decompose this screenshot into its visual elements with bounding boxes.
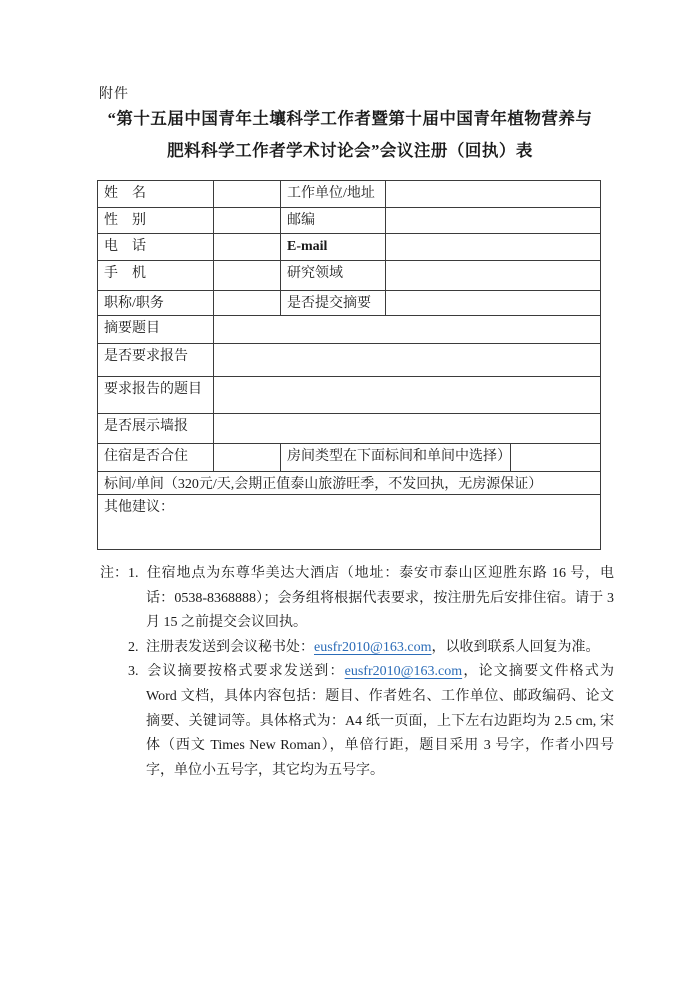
table-row: 标间/单间（320元/天,会期正值泰山旅游旺季，不发回执，无房源保证） xyxy=(98,472,601,495)
note-3-text-after: ，论文摘要文件格式为 Word 文档，具体内容包括：题目、作者姓名、工作单位、邮… xyxy=(146,664,614,777)
note-2-text-after: ，以收到联系人回复为准。 xyxy=(431,640,599,655)
research-field-value-cell[interactable] xyxy=(386,261,601,291)
work-unit-value-cell[interactable] xyxy=(386,181,601,208)
note-1-number: 1. xyxy=(128,562,146,587)
room-type-value-cell[interactable] xyxy=(511,444,601,472)
title-line-2: 肥料科学工作者学术讨论会”会议注册（回执）表 xyxy=(0,135,700,167)
title-position-value-cell[interactable] xyxy=(214,291,281,316)
document-page: 附件 “第十五届中国青年土壤科学工作者暨第十届中国青年植物营养与 肥料科学工作者… xyxy=(0,0,700,989)
abstract-title-value-cell[interactable] xyxy=(214,316,601,344)
note-item-1: 1.住宿地点为东尊华美达大酒店（地址：泰安市泰山区迎胜东路 16 号，电话：05… xyxy=(128,562,614,636)
request-presentation-label: 是否要求报告 xyxy=(98,344,214,377)
table-row: 其他建议： xyxy=(98,495,601,550)
title-line-1: “第十五届中国青年土壤科学工作者暨第十届中国青年植物营养与 xyxy=(0,103,700,135)
table-row: 是否展示墙报 xyxy=(98,414,601,444)
table-row: 性 别 邮编 xyxy=(98,208,601,234)
note-item-2: 2.注册表发送到会议秘书处：eusfr2010@163.com，以收到联系人回复… xyxy=(128,636,614,661)
postal-code-value-cell[interactable] xyxy=(386,208,601,234)
phone-value-cell[interactable] xyxy=(214,234,281,261)
gender-label: 性 别 xyxy=(98,208,214,234)
note-item-3: 3.会议摘要按格式要求发送到：eusfr2010@163.com，论文摘要文件格… xyxy=(128,660,614,783)
name-value-cell[interactable] xyxy=(214,181,281,208)
notes-section: 注： 1.住宿地点为东尊华美达大酒店（地址：泰安市泰山区迎胜东路 16 号，电话… xyxy=(100,562,614,783)
email-label: E-mail xyxy=(281,234,386,261)
research-field-label: 研究领域 xyxy=(281,261,386,291)
registration-form-table: 姓 名 工作单位/地址 性 别 邮编 电 话 E-mail 手 机 研究领域 xyxy=(97,180,601,550)
shared-lodging-label: 住宿是否合住 xyxy=(98,444,214,472)
attachment-label: 附件 xyxy=(99,83,129,103)
postal-code-label: 邮编 xyxy=(281,208,386,234)
table-row: 职称/职务 是否提交摘要 xyxy=(98,291,601,316)
abstract-submitted-value-cell[interactable] xyxy=(386,291,601,316)
mobile-value-cell[interactable] xyxy=(214,261,281,291)
note-2-number: 2. xyxy=(128,636,146,661)
document-title: “第十五届中国青年土壤科学工作者暨第十届中国青年植物营养与 肥料科学工作者学术讨… xyxy=(0,103,700,167)
table-row: 手 机 研究领域 xyxy=(98,261,601,291)
room-type-note: 房间类型在下面标间和单间中选择） xyxy=(281,444,511,472)
presentation-title-value-cell[interactable] xyxy=(214,377,601,414)
abstract-email-link[interactable]: eusfr2010@163.com xyxy=(345,664,462,679)
poster-display-label: 是否展示墙报 xyxy=(98,414,214,444)
email-value-cell[interactable] xyxy=(386,234,601,261)
note-3-text-before: 会议摘要按格式要求发送到： xyxy=(146,664,345,679)
presentation-title-label: 要求报告的题目 xyxy=(98,377,214,414)
gender-value-cell[interactable] xyxy=(214,208,281,234)
request-presentation-value-cell[interactable] xyxy=(214,344,601,377)
other-suggestions-cell[interactable]: 其他建议： xyxy=(98,495,601,550)
note-1-text: 住宿地点为东尊华美达大酒店（地址：泰安市泰山区迎胜东路 16 号，电话：0538… xyxy=(146,566,614,630)
table-row: 是否要求报告 xyxy=(98,344,601,377)
table-row: 住宿是否合住 房间类型在下面标间和单间中选择） xyxy=(98,444,601,472)
room-price-note: 标间/单间（320元/天,会期正值泰山旅游旺季，不发回执，无房源保证） xyxy=(98,472,601,495)
table-row: 要求报告的题目 xyxy=(98,377,601,414)
shared-lodging-value-cell[interactable] xyxy=(214,444,281,472)
abstract-title-label: 摘要题目 xyxy=(98,316,214,344)
abstract-submitted-label: 是否提交摘要 xyxy=(281,291,386,316)
note-2-text-before: 注册表发送到会议秘书处： xyxy=(146,640,314,655)
title-position-label: 职称/职务 xyxy=(98,291,214,316)
table-row: 姓 名 工作单位/地址 xyxy=(98,181,601,208)
note-3-number: 3. xyxy=(128,660,146,685)
work-unit-label: 工作单位/地址 xyxy=(281,181,386,208)
notes-prefix-label: 注： xyxy=(100,562,128,587)
mobile-label: 手 机 xyxy=(98,261,214,291)
name-label: 姓 名 xyxy=(98,181,214,208)
table-row: 摘要题目 xyxy=(98,316,601,344)
phone-label: 电 话 xyxy=(98,234,214,261)
poster-display-value-cell[interactable] xyxy=(214,414,601,444)
secretariat-email-link[interactable]: eusfr2010@163.com xyxy=(314,640,431,655)
table-row: 电 话 E-mail xyxy=(98,234,601,261)
